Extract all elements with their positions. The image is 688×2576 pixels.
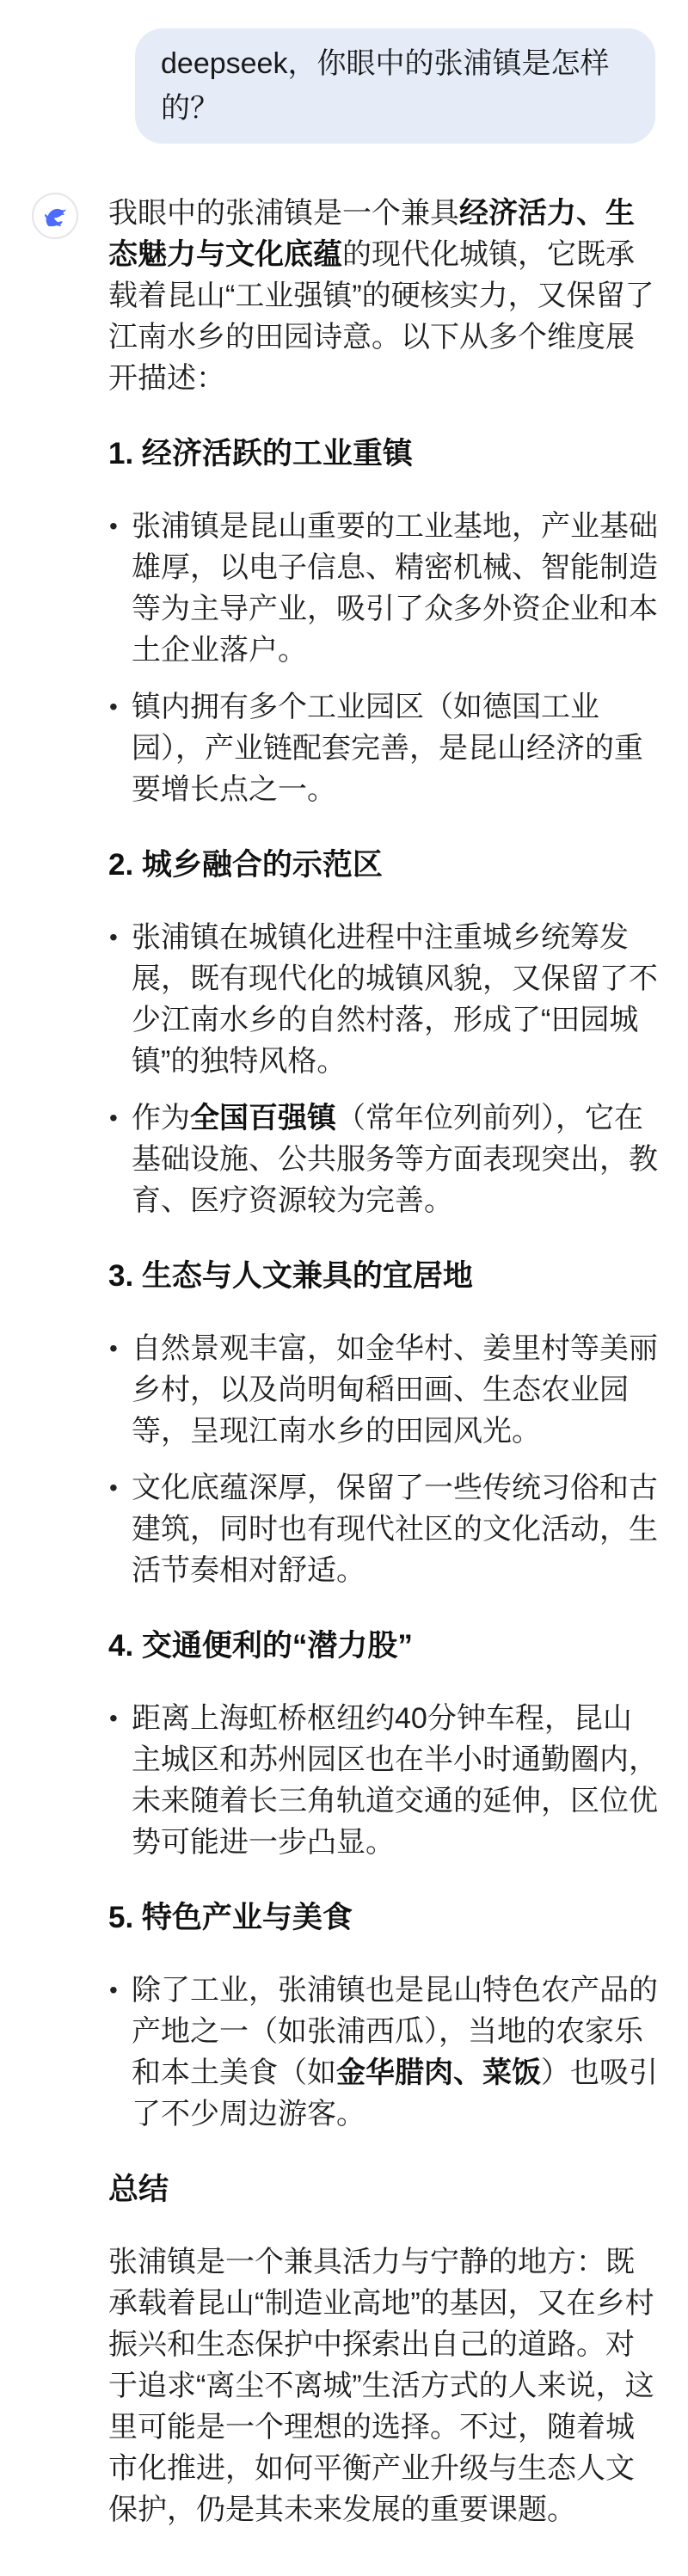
text-run: 自然景观丰富，如金华村、姜里村等美丽乡村，以及尚明甸稻田画、生态农业园等，呈现江… bbox=[132, 1332, 658, 1448]
section-heading: 总结 bbox=[108, 2169, 659, 2210]
text-run: 作为 bbox=[132, 1102, 190, 1134]
bold-text-run: 全国百强镇 bbox=[190, 1102, 336, 1134]
user-message-row: deepseek，你眼中的张浦镇是怎样的？ bbox=[0, 0, 688, 144]
text-run: 3. 生态与人文兼具的宜居地 bbox=[108, 1259, 473, 1293]
section-heading: 2. 城乡融合的示范区 bbox=[108, 845, 659, 886]
bullet-list: 张浦镇在城镇化进程中注重城乡统筹发展，既有现代化的城镇风貌，又保留了不少江南水乡… bbox=[108, 917, 659, 1221]
section-heading: 3. 生态与人文兼具的宜居地 bbox=[108, 1256, 659, 1297]
user-message-bubble: deepseek，你眼中的张浦镇是怎样的？ bbox=[135, 28, 655, 144]
text-run: 2. 城乡融合的示范区 bbox=[108, 848, 383, 882]
bold-text-run: 金华腊肉、菜饭 bbox=[336, 2056, 541, 2089]
section-heading: 5. 特色产业与美食 bbox=[108, 1897, 659, 1939]
assistant-message-content: 我眼中的张浦镇是一个兼具经济活力、生态魅力与文化底蕴的现代化城镇，它既承载着昆山… bbox=[108, 193, 659, 2530]
assistant-message-row: 我眼中的张浦镇是一个兼具经济活力、生态魅力与文化底蕴的现代化城镇，它既承载着昆山… bbox=[0, 193, 688, 2530]
text-run: 5. 特色产业与美食 bbox=[108, 1901, 353, 1934]
bullet-list: 自然景观丰富，如金华村、姜里村等美丽乡村，以及尚明甸稻田画、生态农业园等，呈现江… bbox=[108, 1328, 659, 1591]
text-run: 张浦镇在城镇化进程中注重城乡统筹发展，既有现代化的城镇风貌，又保留了不少江南水乡… bbox=[132, 921, 658, 1078]
deepseek-whale-icon bbox=[39, 200, 71, 232]
user-message-text: deepseek，你眼中的张浦镇是怎样的？ bbox=[161, 47, 609, 125]
text-run: 张浦镇是昆山重要的工业基地，产业基础雄厚，以电子信息、精密机械、智能制造等为主导… bbox=[132, 510, 658, 667]
text-run: 镇内拥有多个工业园区（如德国工业园），产业链配套完善，是昆山经济的重要增长点之一… bbox=[132, 691, 643, 806]
bullet-list: 除了工业，张浦镇也是昆山特色农产品的产地之一（如张浦西瓜），当地的农家乐和本土美… bbox=[108, 1970, 659, 2135]
list-item: 自然景观丰富，如金华村、姜里村等美丽乡村，以及尚明甸稻田画、生态农业园等，呈现江… bbox=[108, 1328, 659, 1452]
section-heading: 4. 交通便利的“潜力股” bbox=[108, 1626, 659, 1667]
list-item: 作为全国百强镇（常年位列前列），它在基础设施、公共服务等方面表现突出，教育、医疗… bbox=[108, 1097, 659, 1221]
text-run: 我眼中的张浦镇是一个兼具 bbox=[108, 197, 459, 230]
list-item: 张浦镇在城镇化进程中注重城乡统筹发展，既有现代化的城镇风貌，又保留了不少江南水乡… bbox=[108, 917, 659, 1082]
assistant-avatar bbox=[32, 193, 78, 239]
text-run: 总结 bbox=[108, 2173, 169, 2206]
text-run: 张浦镇是一个兼具活力与宁静的地方：既承载着昆山“制造业高地”的基因，又在乡村振兴… bbox=[108, 2246, 654, 2526]
paragraph: 我眼中的张浦镇是一个兼具经济活力、生态魅力与文化底蕴的现代化城镇，它既承载着昆山… bbox=[108, 193, 659, 399]
text-run: 文化底蕴深厚，保留了一些传统习俗和古建筑，同时也有现代社区的文化活动，生活节奏相… bbox=[132, 1472, 658, 1587]
list-item: 张浦镇是昆山重要的工业基地，产业基础雄厚，以电子信息、精密机械、智能制造等为主导… bbox=[108, 506, 659, 671]
bullet-list: 距离上海虹桥枢纽约40分钟车程，昆山主城区和苏州园区也在半小时通勤圈内，未来随着… bbox=[108, 1698, 659, 1863]
text-run: 4. 交通便利的“潜力股” bbox=[108, 1629, 413, 1663]
text-run: 1. 经济活跃的工业重镇 bbox=[108, 437, 413, 470]
bullet-list: 张浦镇是昆山重要的工业基地，产业基础雄厚，以电子信息、精密机械、智能制造等为主导… bbox=[108, 506, 659, 810]
paragraph: 张浦镇是一个兼具活力与宁静的地方：既承载着昆山“制造业高地”的基因，又在乡村振兴… bbox=[108, 2241, 659, 2530]
list-item: 除了工业，张浦镇也是昆山特色农产品的产地之一（如张浦西瓜），当地的农家乐和本土美… bbox=[108, 1970, 659, 2135]
list-item: 距离上海虹桥枢纽约40分钟车程，昆山主城区和苏州园区也在半小时通勤圈内，未来随着… bbox=[108, 1698, 659, 1863]
list-item: 镇内拥有多个工业园区（如德国工业园），产业链配套完善，是昆山经济的重要增长点之一… bbox=[108, 686, 659, 810]
text-run: 距离上海虹桥枢纽约40分钟车程，昆山主城区和苏州园区也在半小时通勤圈内，未来随着… bbox=[132, 1702, 658, 1859]
section-heading: 1. 经济活跃的工业重镇 bbox=[108, 433, 659, 475]
list-item: 文化底蕴深厚，保留了一些传统习俗和古建筑，同时也有现代社区的文化活动，生活节奏相… bbox=[108, 1467, 659, 1591]
chat-page: deepseek，你眼中的张浦镇是怎样的？ 我眼中的张浦镇是一个兼具经济活力、生… bbox=[0, 0, 688, 2530]
